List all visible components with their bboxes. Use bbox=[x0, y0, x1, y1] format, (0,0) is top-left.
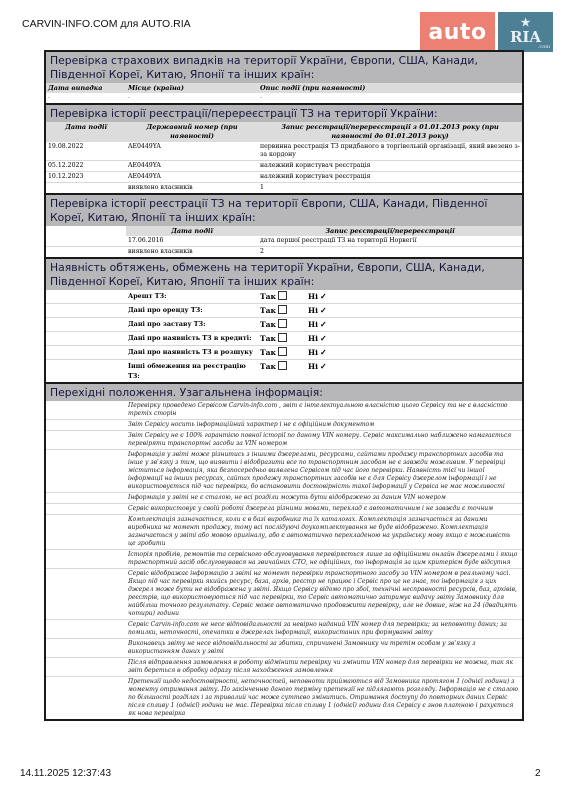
encumbrance-row: Дані про заставу ТЗ:ТакНі✓ bbox=[46, 318, 522, 332]
foreign-registration-section: Перевірка історії реєстрації ТЗ на терит… bbox=[46, 193, 522, 257]
table-cell: 05.12.2022 bbox=[46, 161, 126, 172]
checkmark-icon: ✓ bbox=[320, 347, 327, 357]
info-text: Перевірку проведено Сервісом Carvin-info… bbox=[126, 401, 522, 420]
table-cell: виявлено власників bbox=[126, 183, 258, 194]
no-option: Ні✓ bbox=[306, 304, 522, 318]
spacer-cell bbox=[46, 569, 126, 620]
info-row: Інформація у звіті не є сталою, не всі р… bbox=[46, 493, 522, 504]
encumbrance-row: Дані про оренду ТЗ:ТакНі✓ bbox=[46, 304, 522, 318]
table-row: виявлено власників 1 bbox=[46, 183, 522, 194]
spacer-cell bbox=[46, 493, 126, 504]
report-source-label: CARVIN-INFO.COM для AUTO.RIA bbox=[22, 18, 191, 30]
spacer-cell bbox=[46, 550, 126, 569]
no-option: Ні✓ bbox=[306, 332, 522, 346]
table-row: 19.08.2022 AE0449YA первинна реєстрація … bbox=[46, 142, 522, 161]
info-row: Перевірку проведено Сервісом Carvin-info… bbox=[46, 401, 522, 420]
spacer-cell bbox=[46, 515, 126, 550]
yes-label: Так bbox=[260, 362, 276, 371]
table-row: - - - bbox=[46, 93, 522, 103]
footer-timestamp: 14.11.2025 12:37:43 bbox=[20, 768, 111, 779]
spacer-cell bbox=[46, 620, 126, 639]
yes-option: Так bbox=[258, 346, 306, 360]
ua-registration-section: Перевірка історії реєстрації/перереєстра… bbox=[46, 103, 522, 193]
no-label: Ні bbox=[308, 348, 318, 357]
table-row: виявлено власників 2 bbox=[46, 247, 522, 258]
info-row: Інформація у звіті може різнитись з інши… bbox=[46, 450, 522, 493]
encumbrance-row: Дані про наявність ТЗ в кредиті:ТакНі✓ bbox=[46, 332, 522, 346]
column-header bbox=[46, 226, 126, 236]
table-cell: 2 bbox=[258, 247, 522, 258]
no-option: Ні✓ bbox=[306, 318, 522, 332]
table-cell: належний користувач реєстрація bbox=[258, 161, 522, 172]
yes-option: Так bbox=[258, 332, 306, 346]
checkbox-empty-icon bbox=[278, 305, 287, 314]
transitional-section: Перехідні положення. Узагальнена інформа… bbox=[46, 382, 522, 719]
info-text: Сервіс використовує у своїй роботі джере… bbox=[126, 504, 522, 515]
spacer-cell bbox=[46, 332, 126, 346]
ua-registration-table: Дата події Державний номер (при наявност… bbox=[46, 122, 522, 193]
transitional-table: Перевірку проведено Сервісом Carvin-info… bbox=[46, 401, 522, 719]
encumbrance-row: Інші обмеження на реєстрацію ТЗ:ТакНі✓ bbox=[46, 360, 522, 383]
table-cell: 1 bbox=[258, 183, 522, 194]
encumbrances-table: Арешт ТЗ:ТакНі✓Дані про оренду ТЗ:ТакНі✓… bbox=[46, 290, 522, 382]
table-cell: 17.06.2016 bbox=[126, 236, 258, 247]
ua-registration-table-header: Дата події Державний номер (при наявност… bbox=[46, 122, 522, 142]
checkbox-empty-icon bbox=[278, 319, 287, 328]
info-text: Інформація у звіті може різнитись з інши… bbox=[126, 450, 522, 493]
spacer-cell bbox=[46, 639, 126, 658]
no-label: Ні bbox=[308, 362, 318, 371]
info-row: Звіт Сервісу носить інформаційний характ… bbox=[46, 420, 522, 431]
spacer-cell bbox=[46, 318, 126, 332]
encumbrance-row: Дані про наявність ТЗ в розшукуТакНі✓ bbox=[46, 346, 522, 360]
yes-label: Так bbox=[260, 292, 276, 301]
logo-ria-part: ★ RIA .com bbox=[498, 12, 553, 52]
checkbox-empty-icon bbox=[278, 333, 287, 342]
no-label: Ні bbox=[308, 334, 318, 343]
table-cell: 19.08.2022 bbox=[46, 142, 126, 161]
info-text: Звіт Сервісу не є 100% гарантією повної … bbox=[126, 431, 522, 450]
info-row: Сервіс використовує у своїй роботі джере… bbox=[46, 504, 522, 515]
info-row: Звіт Сервісу не є 100% гарантією повної … bbox=[46, 431, 522, 450]
yes-option: Так bbox=[258, 290, 306, 304]
encumbrance-label: Інші обмеження на реєстрацію ТЗ: bbox=[126, 360, 258, 383]
insurance-section: Перевірка страхових випадків на територі… bbox=[46, 52, 522, 103]
table-cell: виявлено власників bbox=[126, 247, 258, 258]
info-row: Сервіс Carvin-info.com не несе відповіда… bbox=[46, 620, 522, 639]
table-cell: 10.12.2023 bbox=[46, 172, 126, 183]
no-option: Ні✓ bbox=[306, 346, 522, 360]
column-header: Дата події bbox=[46, 122, 126, 142]
table-cell: AE0449YA bbox=[126, 142, 258, 161]
encumbrance-label: Дані про оренду ТЗ: bbox=[126, 304, 258, 318]
spacer-cell bbox=[46, 431, 126, 450]
info-text: Виконавець звіту не несе відповідальност… bbox=[126, 639, 522, 658]
checkbox-empty-icon bbox=[278, 347, 287, 356]
yes-label: Так bbox=[260, 306, 276, 315]
table-cell: первинна реєстрація ТЗ придбаного в торг… bbox=[258, 142, 522, 161]
auto-ria-logo: auto ★ RIA .com bbox=[420, 12, 553, 52]
checkbox-empty-icon bbox=[278, 361, 287, 370]
column-header: Державний номер (при наявності) bbox=[126, 122, 258, 142]
table-cell bbox=[46, 183, 126, 194]
info-text: Претензії щодо недостовірності, неточнос… bbox=[126, 677, 522, 720]
table-row: 05.12.2022 AE0449YA належний користувач … bbox=[46, 161, 522, 172]
table-cell: належний користувач реєстрація bbox=[258, 172, 522, 183]
no-label: Ні bbox=[308, 292, 318, 301]
encumbrances-section-title: Наявність обтяжень, обмежень на територі… bbox=[46, 257, 522, 290]
info-text: Сервіс відображає інформацію з звіті на … bbox=[126, 569, 522, 620]
foreign-registration-table-header: Дата події Запис реєстрації/перереєстрац… bbox=[46, 226, 522, 236]
insurance-table-header: Дата випадка Місце (країна) Опис події (… bbox=[46, 83, 522, 93]
yes-option: Так bbox=[258, 318, 306, 332]
info-row: Після відправлення замовлення в роботу в… bbox=[46, 658, 522, 677]
spacer-cell bbox=[46, 677, 126, 720]
spacer-cell bbox=[46, 360, 126, 383]
info-text: Сервіс Carvin-info.com не несе відповіда… bbox=[126, 620, 522, 639]
no-label: Ні bbox=[308, 306, 318, 315]
info-row: Історія пробігів, ремонтів та сервісного… bbox=[46, 550, 522, 569]
no-option: Ні✓ bbox=[306, 360, 522, 383]
yes-option: Так bbox=[258, 304, 306, 318]
logo-ria-sub: .com bbox=[538, 44, 550, 50]
column-header: Запис реєстрації/перереєстрації bbox=[258, 226, 522, 236]
table-cell: - bbox=[258, 93, 522, 103]
insurance-section-title: Перевірка страхових випадків на територі… bbox=[46, 52, 522, 83]
star-icon: ★ bbox=[521, 18, 531, 28]
foreign-registration-table: Дата події Запис реєстрації/перереєстрац… bbox=[46, 226, 522, 257]
spacer-cell bbox=[46, 346, 126, 360]
encumbrances-section: Наявність обтяжень, обмежень на територі… bbox=[46, 257, 522, 382]
yes-label: Так bbox=[260, 348, 276, 357]
encumbrance-label: Дані про наявність ТЗ в розшуку bbox=[126, 346, 258, 360]
logo-ria-text: RIA bbox=[510, 28, 541, 46]
info-row: Сервіс відображає інформацію з звіті на … bbox=[46, 569, 522, 620]
yes-label: Так bbox=[260, 320, 276, 329]
checkmark-icon: ✓ bbox=[320, 319, 327, 329]
insurance-table: Дата випадка Місце (країна) Опис події (… bbox=[46, 83, 522, 103]
table-row: 10.12.2023 AE0449YA належний користувач … bbox=[46, 172, 522, 183]
column-header: Дата випадка bbox=[46, 83, 126, 93]
info-row: Виконавець звіту не несе відповідальност… bbox=[46, 639, 522, 658]
table-row: 17.06.2016 дата першої реєстрації ТЗ на … bbox=[46, 236, 522, 247]
encumbrance-label: Дані про заставу ТЗ: bbox=[126, 318, 258, 332]
checkmark-icon: ✓ bbox=[320, 291, 327, 301]
no-label: Ні bbox=[308, 320, 318, 329]
spacer-cell bbox=[46, 450, 126, 493]
foreign-registration-section-title: Перевірка історії реєстрації ТЗ на терит… bbox=[46, 193, 522, 226]
yes-label: Так bbox=[260, 334, 276, 343]
info-text: Інформація у звіті не є сталою, не всі р… bbox=[126, 493, 522, 504]
table-cell bbox=[46, 236, 126, 247]
encumbrance-row: Арешт ТЗ:ТакНі✓ bbox=[46, 290, 522, 304]
column-header: Запис реєстрації/перереєстрації з 01.01.… bbox=[258, 122, 522, 142]
encumbrance-label: Арешт ТЗ: bbox=[126, 290, 258, 304]
footer-page-number: 2 bbox=[535, 768, 541, 779]
checkmark-icon: ✓ bbox=[320, 333, 327, 343]
info-row: Комплектація зазначається, коли є в базі… bbox=[46, 515, 522, 550]
spacer-cell bbox=[46, 504, 126, 515]
checkbox-empty-icon bbox=[278, 291, 287, 300]
info-text: Після відправлення замовлення в роботу в… bbox=[126, 658, 522, 677]
column-header: Дата події bbox=[126, 226, 258, 236]
column-header: Опис події (при наявності) bbox=[258, 83, 522, 93]
table-cell: AE0449YA bbox=[126, 172, 258, 183]
yes-option: Так bbox=[258, 360, 306, 383]
report-body: Перевірка страхових випадків на територі… bbox=[44, 50, 524, 721]
table-cell bbox=[46, 247, 126, 258]
table-cell: - bbox=[126, 93, 258, 103]
info-text: Комплектація зазначається, коли є в базі… bbox=[126, 515, 522, 550]
transitional-section-title: Перехідні положення. Узагальнена інформа… bbox=[46, 382, 522, 401]
info-text: Звіт Сервісу носить інформаційний характ… bbox=[126, 420, 522, 431]
column-header: Місце (країна) bbox=[126, 83, 258, 93]
info-row: Претензії щодо недостовірності, неточнос… bbox=[46, 677, 522, 720]
spacer-cell bbox=[46, 420, 126, 431]
spacer-cell bbox=[46, 401, 126, 420]
encumbrance-label: Дані про наявність ТЗ в кредиті: bbox=[126, 332, 258, 346]
logo-auto-part: auto bbox=[420, 12, 495, 52]
spacer-cell bbox=[46, 304, 126, 318]
table-cell: - bbox=[46, 93, 126, 103]
info-text: Історія пробігів, ремонтів та сервісного… bbox=[126, 550, 522, 569]
table-cell: AE0449YA bbox=[126, 161, 258, 172]
checkmark-icon: ✓ bbox=[320, 361, 327, 371]
spacer-cell bbox=[46, 290, 126, 304]
table-cell: дата першої реєстрації ТЗ на території Н… bbox=[258, 236, 522, 247]
checkmark-icon: ✓ bbox=[320, 305, 327, 315]
spacer-cell bbox=[46, 658, 126, 677]
no-option: Ні✓ bbox=[306, 290, 522, 304]
ua-registration-section-title: Перевірка історії реєстрації/перереєстра… bbox=[46, 103, 522, 122]
